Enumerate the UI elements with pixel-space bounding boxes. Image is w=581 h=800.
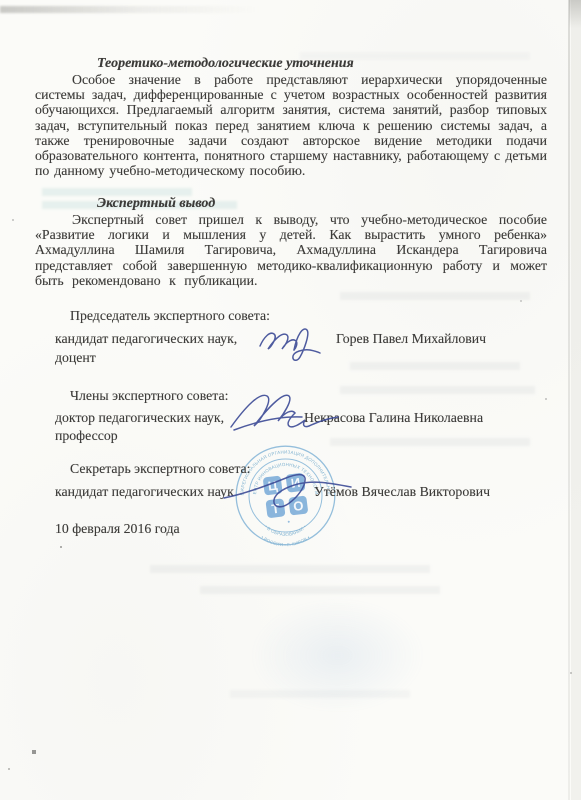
scan-artifact	[150, 565, 430, 573]
scan-artifact	[200, 586, 440, 594]
page-edge-shadow	[568, 0, 570, 800]
scan-artifact	[42, 188, 192, 196]
document-date: 10 февраля 2016 года	[55, 521, 180, 536]
scan-artifact	[0, 6, 260, 13]
signature-nekrasova	[228, 383, 346, 433]
signer-degree-chairman: кандидат педагогических наук,	[55, 331, 237, 346]
signer-degree-member: доктор педагогических наук,	[55, 410, 224, 425]
signer-role-chairman: Председатель экспертного совета:	[70, 308, 270, 323]
signature-utemov	[222, 464, 354, 510]
signer-degree-secretary: кандидат педагогических наук	[55, 484, 234, 499]
section-heading-expert-conclusion: Экспертный вывод	[97, 196, 215, 212]
scan-artifact	[330, 438, 530, 446]
section-heading-theoretical: Теоретико-методологические уточнения	[97, 56, 354, 72]
scan-artifact	[340, 386, 535, 394]
scan-artifact	[340, 292, 530, 300]
scan-artifact	[0, 0, 2, 2]
section-body-theoretical: Особое значение в работе представляют ие…	[35, 72, 547, 178]
signer-degree2-member: профессор	[55, 428, 118, 443]
scanned-document-page: Теоретико-методологические уточнения Осо…	[0, 0, 581, 800]
scan-artifact	[569, 0, 581, 28]
section-body-expert-conclusion: Экспертный совет пришел к выводу, что уч…	[35, 212, 547, 288]
stamp-bleedthrough	[250, 598, 425, 713]
scan-artifact	[350, 362, 520, 370]
signer-name-chairman: Горев Павел Михайлович	[336, 331, 486, 346]
signer-degree2-chairman: доцент	[55, 350, 96, 365]
stamp-ring-text: • В ОБРАЗОВАНИИ •	[264, 524, 308, 537]
signature-gorev	[252, 310, 344, 362]
signer-role-member: Члены экспертного совета:	[70, 388, 228, 403]
scan-artifact	[571, 0, 581, 800]
